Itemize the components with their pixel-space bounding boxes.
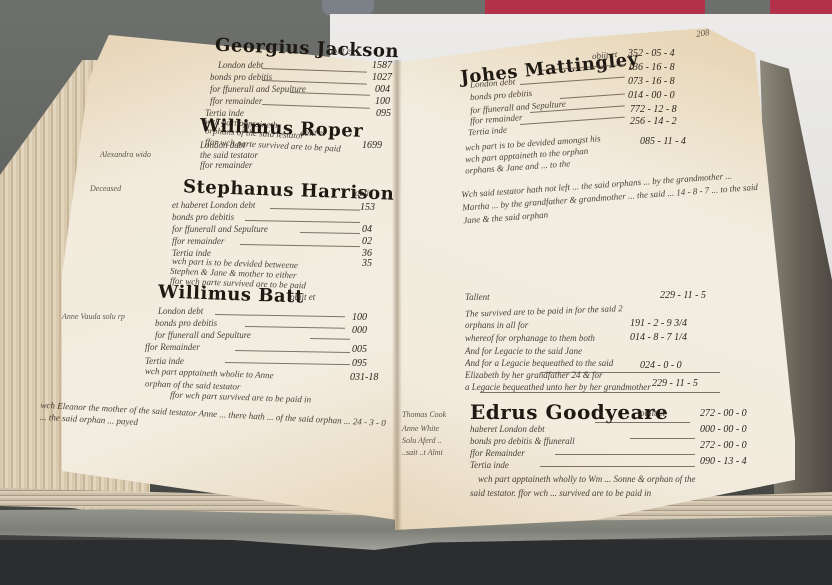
amount: 136 - 16 - 8 <box>628 62 675 73</box>
page-number: 208 <box>695 27 710 39</box>
entry-line: ffor remainder <box>200 160 252 170</box>
amount: 100 <box>375 96 390 107</box>
entry-line: for ffunerall and Sepulture <box>155 330 251 340</box>
book-gutter <box>392 60 402 530</box>
amount: 085 - 11 - 4 <box>640 136 686 147</box>
entry-line: Tertia inde <box>470 460 509 470</box>
ledger-rule <box>595 422 690 423</box>
margin-note: Thomas Cook <box>402 410 446 419</box>
entry-line: ffor remainder <box>210 96 262 106</box>
entry-line: et haberet London debt <box>172 200 255 210</box>
entry-line: the said testator <box>200 150 258 160</box>
amount: 000 - 00 - 0 <box>700 424 747 435</box>
amount: 100 <box>352 312 367 323</box>
tally-heading: Tallent <box>465 292 490 302</box>
entry-suffix: obiit et <box>300 128 325 138</box>
amount: 1027 <box>372 72 392 83</box>
tally-line: And for a Legacie bequeathed to the said <box>465 358 613 368</box>
margin-note: Alexandra wido <box>100 150 151 159</box>
entry-line: ffor Remainder <box>470 448 525 458</box>
tally-line: orphans in all for <box>465 320 528 330</box>
amount: 352 - 05 - 4 <box>628 48 675 59</box>
amount: 191 - 2 - 9 3/4 <box>630 318 687 329</box>
entry-line: bonds pro debitis & ffunerall <box>470 436 575 446</box>
entry-line: ffor Remainder <box>145 342 200 352</box>
entry-suffix: obiit <box>355 188 372 198</box>
entry-line: London debt <box>218 60 263 70</box>
amount: 014 - 8 - 7 1/4 <box>630 332 687 343</box>
book-stand <box>0 540 832 585</box>
entry-line: London debt <box>158 306 203 316</box>
entry-line: London debt <box>200 140 245 150</box>
amount: 256 - 14 - 2 <box>630 116 677 127</box>
ledger-rule <box>540 466 695 467</box>
entry-line: for ffunerall and Sepulture <box>172 224 268 234</box>
amount: 095 <box>376 108 391 119</box>
amount: 1699 <box>362 140 382 151</box>
margin-note: Solu Aferd .. <box>402 436 442 445</box>
margin-note: Anne Vauda solu rp <box>62 312 125 321</box>
amount: 272 - 00 - 0 <box>700 408 747 419</box>
amount: 014 - 00 - 0 <box>628 90 675 101</box>
amount: 272 - 00 - 0 <box>700 440 747 451</box>
amount: 153 <box>360 202 375 213</box>
amount: 04 <box>362 224 372 235</box>
entry-suffix: obiit et <box>290 292 315 302</box>
entry-line: ffor remainder <box>172 236 224 246</box>
ledger-rule <box>540 372 720 373</box>
tally-line: And for Legacie to the said Jane <box>465 346 582 356</box>
tally-line: a Legacie bequeathed unto her by her gra… <box>465 382 651 392</box>
entry-suffix: obiit et <box>640 408 665 418</box>
amount: 031-18 <box>350 372 378 383</box>
entry-line: bonds pro debitis <box>155 318 217 328</box>
ledger-rule <box>480 392 720 393</box>
entry-line: Tertia inde <box>145 356 184 366</box>
amount: 02 <box>362 236 372 247</box>
margin-note: Anne White <box>402 424 439 433</box>
ledger-rule <box>630 438 695 439</box>
amount: 229 - 11 - 5 <box>660 290 706 301</box>
margin-note: ..sait ..t Almi <box>402 448 443 457</box>
amount: 073 - 16 - 8 <box>628 76 675 87</box>
entry-line: said testator. ffor wch ... survived are… <box>470 488 651 498</box>
ledger-rule <box>555 454 695 455</box>
amount: 005 <box>352 344 367 355</box>
amount: 1587 <box>372 60 392 71</box>
entry-line: haberet London debt <box>470 424 545 434</box>
amount: 772 - 12 - 8 <box>630 104 677 115</box>
entry-name: Edrus Goodyeare <box>470 400 668 424</box>
entry-suffix: obiit et <box>328 46 353 56</box>
amount: 000 <box>352 325 367 336</box>
entry-line: wch part apptaineth wholly to Wm ... Son… <box>478 474 696 484</box>
margin-note: Deceased <box>90 184 121 193</box>
amount: 095 <box>352 358 367 369</box>
entry-line: bonds pro debitis <box>172 212 234 222</box>
amount: 090 - 13 - 4 <box>700 456 747 467</box>
photo-scene: 208 Georgius Jackson obiit et London deb… <box>0 0 832 585</box>
amount: 004 <box>375 84 390 95</box>
amount: 35 <box>362 258 372 269</box>
amount: 024 - 0 - 0 <box>640 360 682 371</box>
tally-line: whereof for orphanage to them both <box>465 333 595 343</box>
tally-total: 229 - 11 - 5 <box>652 378 698 389</box>
